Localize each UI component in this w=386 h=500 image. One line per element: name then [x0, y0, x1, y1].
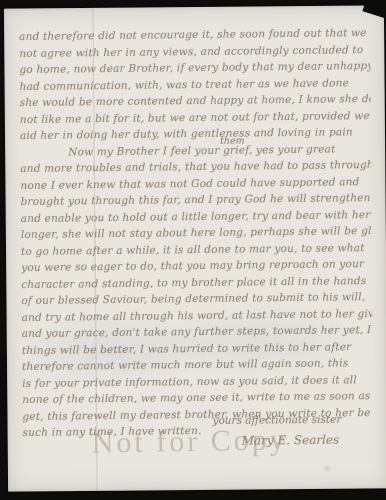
handwritten-text-block: and therefore did not encourage it, she …	[19, 25, 374, 458]
not-for-copy-watermark: Not for Copy	[91, 423, 288, 460]
interlinear-insertion: them	[220, 136, 245, 147]
letter-photograph: and therefore did not encourage it, she …	[0, 0, 386, 500]
letter-sheet: and therefore did not encourage it, she …	[4, 5, 386, 491]
paper-stain	[322, 464, 332, 473]
clipped-corner	[362, 0, 386, 19]
